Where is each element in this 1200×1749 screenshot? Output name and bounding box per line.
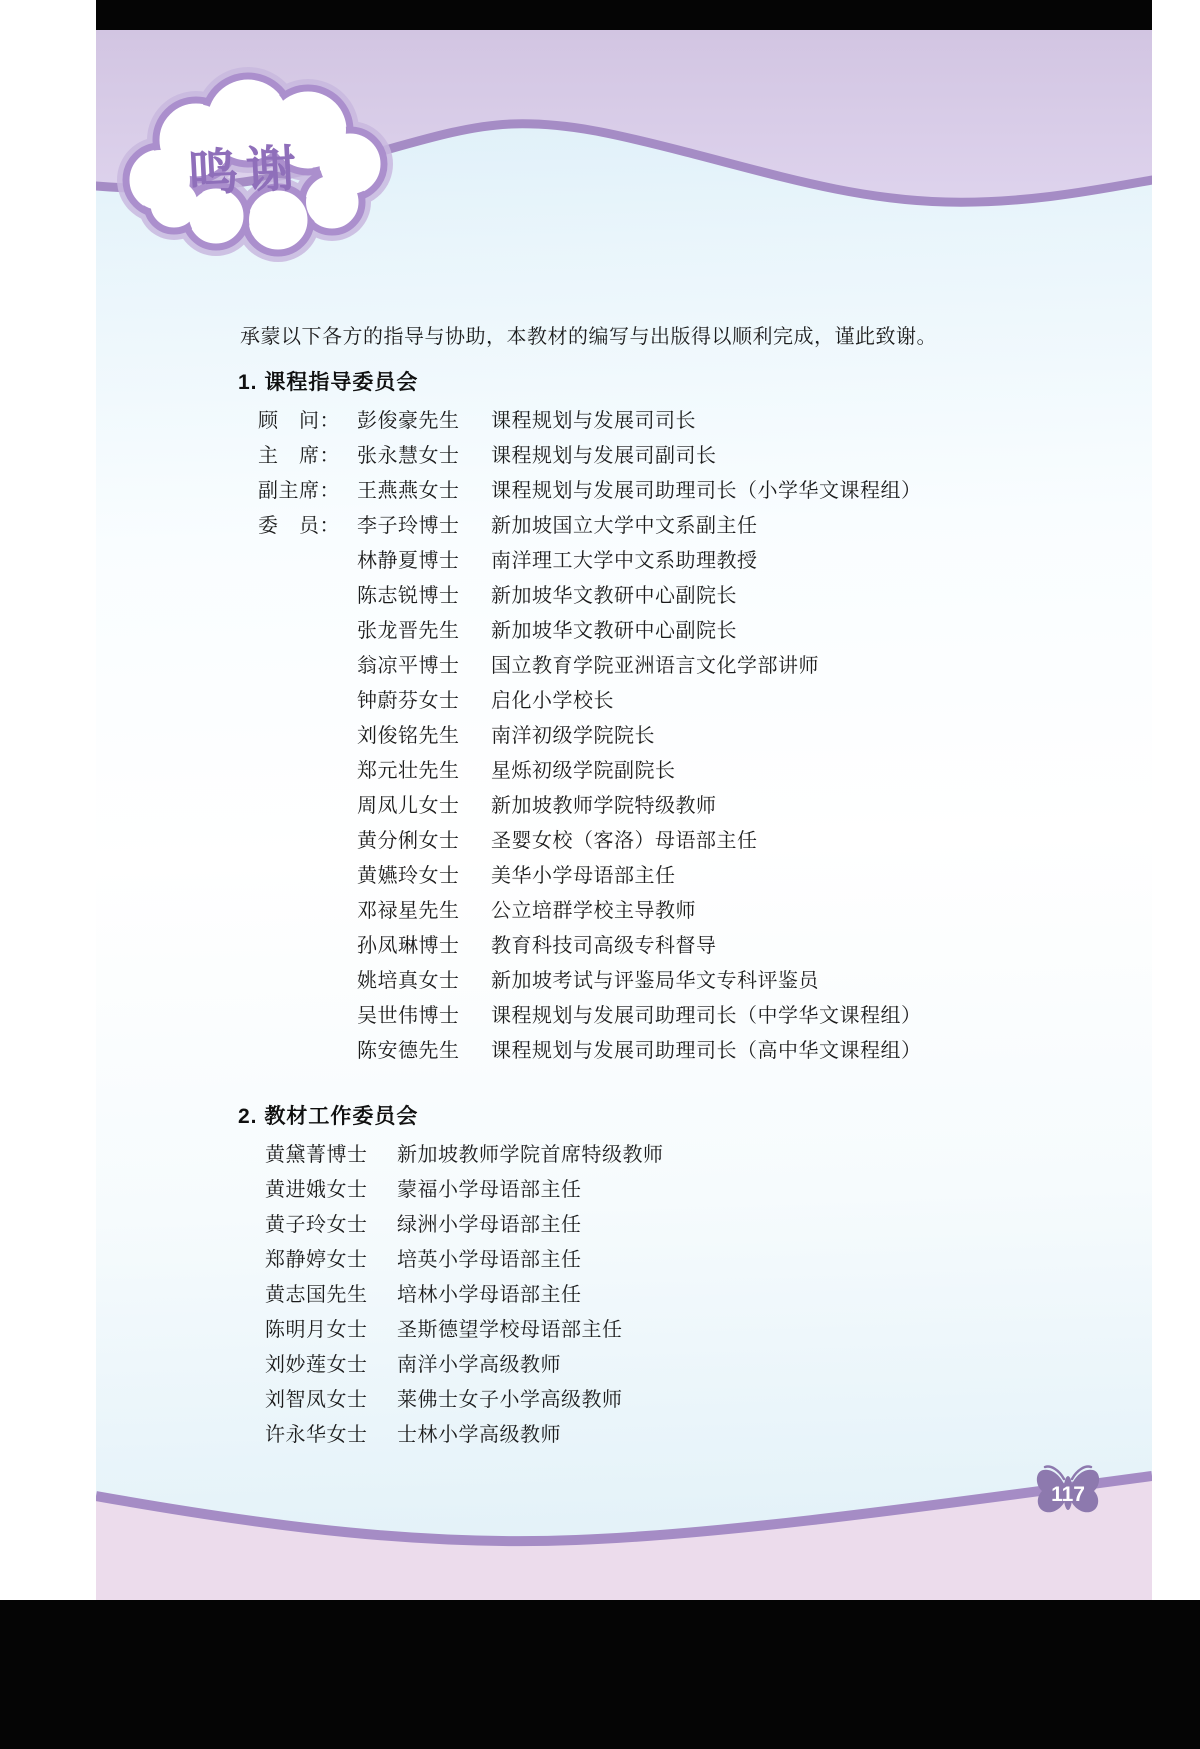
row-name: 黄子玲女士: [265, 1208, 397, 1243]
row-name: 李子玲博士: [357, 509, 491, 544]
row-role: [258, 1034, 357, 1069]
row-title: 启化小学校长: [491, 684, 1152, 719]
row-role: [258, 614, 357, 649]
row-title: 南洋理工大学中文系助理教授: [491, 544, 1152, 579]
row-title: 公立培群学校主导教师: [491, 894, 1152, 929]
row-name: 钟蔚芬女士: [357, 684, 491, 719]
section-heading: 1. 课程指导委员会: [238, 368, 1152, 398]
row-role: [258, 999, 357, 1034]
row-title: 新加坡教师学院首席特级教师: [397, 1138, 1152, 1173]
committee-row: 吴世伟博士课程规划与发展司助理司长（中学华文课程组）: [258, 999, 1152, 1034]
row-title: 南洋初级学院院长: [491, 719, 1152, 754]
butterfly-icon: 117: [1037, 1467, 1099, 1513]
committee-row: 邓禄星先生公立培群学校主导教师: [258, 894, 1152, 929]
row-title: 国立教育学院亚洲语言文化学部讲师: [491, 649, 1152, 684]
row-name: 吴世伟博士: [357, 999, 491, 1034]
row-role: [258, 859, 357, 894]
row-name: 黄嬿玲女士: [357, 859, 491, 894]
row-name: 林静夏博士: [357, 544, 491, 579]
row-name: 黄志国先生: [265, 1278, 397, 1313]
row-title: 圣婴女校（客洛）母语部主任: [491, 824, 1152, 859]
row-name: 黄分俐女士: [357, 824, 491, 859]
row-role: [258, 684, 357, 719]
row-name: 彭俊豪先生: [357, 404, 491, 439]
committee-row: 孙凤琳博士教育科技司高级专科督导: [258, 929, 1152, 964]
row-title: 课程规划与发展司助理司长（中学华文课程组）: [491, 999, 1152, 1034]
committee-row: 陈安德先生课程规划与发展司助理司长（高中华文课程组）: [258, 1034, 1152, 1069]
row-name: 翁凉平博士: [357, 649, 491, 684]
row-title: 教育科技司高级专科督导: [491, 929, 1152, 964]
row-name: 黄进娥女士: [265, 1173, 397, 1208]
row-name: 王燕燕女士: [357, 474, 491, 509]
row-role: 顾 问：: [258, 404, 357, 439]
bottom-wave: 117: [96, 1430, 1152, 1600]
committee-row: 周凤儿女士新加坡教师学院特级教师: [258, 789, 1152, 824]
row-title: 圣斯德望学校母语部主任: [397, 1313, 1152, 1348]
committee-row: 钟蔚芬女士启化小学校长: [258, 684, 1152, 719]
row-role: 副主席：: [258, 474, 357, 509]
row-title: 培林小学母语部主任: [397, 1278, 1152, 1313]
row-title: 绿洲小学母语部主任: [397, 1208, 1152, 1243]
scan-black-edge-top: [96, 0, 1152, 30]
sections: 1. 课程指导委员会顾 问：彭俊豪先生课程规划与发展司司长主 席：张永慧女士课程…: [96, 368, 1152, 1453]
committee-row: 委 员：李子玲博士新加坡国立大学中文系副主任: [258, 509, 1152, 544]
row-title: 课程规划与发展司助理司长（高中华文课程组）: [491, 1034, 1152, 1069]
row-role: [258, 964, 357, 999]
committee-row: 副主席：王燕燕女士课程规划与发展司助理司长（小学华文课程组）: [258, 474, 1152, 509]
row-title: 培英小学母语部主任: [397, 1243, 1152, 1278]
committee-row: 郑元壮先生星烁初级学院副院长: [258, 754, 1152, 789]
row-role: [258, 719, 357, 754]
section-rows: 顾 问：彭俊豪先生课程规划与发展司司长主 席：张永慧女士课程规划与发展司副司长副…: [96, 404, 1152, 1069]
row-role: [258, 579, 357, 614]
committee-row: 刘俊铭先生南洋初级学院院长: [258, 719, 1152, 754]
row-name: 邓禄星先生: [357, 894, 491, 929]
row-title: 课程规划与发展司助理司长（小学华文课程组）: [491, 474, 1152, 509]
intro-text: 承蒙以下各方的指导与协助，本教材的编写与出版得以顺利完成，谨此致谢。: [240, 322, 1100, 352]
committee-row: 黄分俐女士圣婴女校（客洛）母语部主任: [258, 824, 1152, 859]
committee-row: 陈志锐博士新加坡华文教研中心副院长: [258, 579, 1152, 614]
row-name: 郑元壮先生: [357, 754, 491, 789]
section-heading: 2. 教材工作委员会: [238, 1102, 1152, 1132]
row-name: 周凤儿女士: [357, 789, 491, 824]
row-title: 南洋小学高级教师: [397, 1348, 1152, 1383]
committee-row: 姚培真女士新加坡考试与评鉴局华文专科评鉴员: [258, 964, 1152, 999]
row-title: 星烁初级学院副院长: [491, 754, 1152, 789]
row-name: 黄黛菁博士: [265, 1138, 397, 1173]
committee-row: 刘妙莲女士南洋小学高级教师: [265, 1348, 1152, 1383]
row-role: [258, 789, 357, 824]
row-name: 张永慧女士: [357, 439, 491, 474]
committee-row: 黄子玲女士绿洲小学母语部主任: [265, 1208, 1152, 1243]
row-name: 姚培真女士: [357, 964, 491, 999]
row-name: 刘俊铭先生: [357, 719, 491, 754]
committee-row: 黄进娥女士蒙福小学母语部主任: [265, 1173, 1152, 1208]
row-name: 孙凤琳博士: [357, 929, 491, 964]
header-wave: 鸣谢: [96, 30, 1152, 292]
row-role: [258, 544, 357, 579]
committee-row: 郑静婷女士培英小学母语部主任: [265, 1243, 1152, 1278]
page-number: 117: [1051, 1483, 1085, 1506]
scan-black-edge-bottom: [0, 1600, 1200, 1749]
row-name: 刘智凤女士: [265, 1383, 397, 1418]
row-name: 刘妙莲女士: [265, 1348, 397, 1383]
row-title: 美华小学母语部主任: [491, 859, 1152, 894]
committee-row: 林静夏博士南洋理工大学中文系助理教授: [258, 544, 1152, 579]
row-title: 课程规划与发展司副司长: [491, 439, 1152, 474]
page: 鸣谢 承蒙以下各方的指导与协助，本教材的编写与出版得以顺利完成，谨此致谢。 1.…: [96, 30, 1152, 1600]
row-name: 陈安德先生: [357, 1034, 491, 1069]
committee-row: 黄嬿玲女士美华小学母语部主任: [258, 859, 1152, 894]
row-title: 新加坡教师学院特级教师: [491, 789, 1152, 824]
row-title: 新加坡国立大学中文系副主任: [491, 509, 1152, 544]
row-title: 课程规划与发展司司长: [491, 404, 1152, 439]
committee-row: 张龙晋先生新加坡华文教研中心副院长: [258, 614, 1152, 649]
committee-row: 陈明月女士圣斯德望学校母语部主任: [265, 1313, 1152, 1348]
committee-row: 刘智凤女士莱佛士女子小学高级教师: [265, 1383, 1152, 1418]
row-title: 新加坡华文教研中心副院长: [491, 579, 1152, 614]
committee-row: 黄黛菁博士新加坡教师学院首席特级教师: [265, 1138, 1152, 1173]
row-title: 新加坡华文教研中心副院长: [491, 614, 1152, 649]
row-name: 陈志锐博士: [357, 579, 491, 614]
row-role: [258, 649, 357, 684]
row-role: 主 席：: [258, 439, 357, 474]
row-role: 委 员：: [258, 509, 357, 544]
row-title: 新加坡考试与评鉴局华文专科评鉴员: [491, 964, 1152, 999]
committee-row: 翁凉平博士国立教育学院亚洲语言文化学部讲师: [258, 649, 1152, 684]
page-title: 鸣谢: [187, 140, 306, 202]
row-role: [258, 754, 357, 789]
row-name: 张龙晋先生: [357, 614, 491, 649]
row-role: [258, 929, 357, 964]
committee-row: 主 席：张永慧女士课程规划与发展司副司长: [258, 439, 1152, 474]
scanned-book-page: 鸣谢 承蒙以下各方的指导与协助，本教材的编写与出版得以顺利完成，谨此致谢。 1.…: [0, 0, 1200, 1749]
row-name: 郑静婷女士: [265, 1243, 397, 1278]
committee-row: 顾 问：彭俊豪先生课程规划与发展司司长: [258, 404, 1152, 439]
row-role: [258, 824, 357, 859]
row-role: [258, 894, 357, 929]
committee-row: 黄志国先生培林小学母语部主任: [265, 1278, 1152, 1313]
section-rows: 黄黛菁博士新加坡教师学院首席特级教师黄进娥女士蒙福小学母语部主任黄子玲女士绿洲小…: [96, 1138, 1152, 1453]
row-name: 陈明月女士: [265, 1313, 397, 1348]
row-title: 蒙福小学母语部主任: [397, 1173, 1152, 1208]
row-title: 莱佛士女子小学高级教师: [397, 1383, 1152, 1418]
